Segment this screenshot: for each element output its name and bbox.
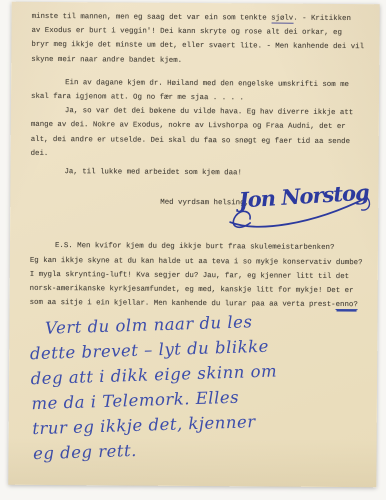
handwritten-note: Vert du olm naar du les dette brevet – l… bbox=[29, 306, 364, 466]
line-text: . - Kritikken bbox=[293, 15, 351, 23]
handwritten-signature: Jon Norstog bbox=[224, 175, 377, 236]
underlined-word: sjølv bbox=[271, 15, 293, 24]
typed-line: skyne meir naar andre bandet kjem. bbox=[31, 52, 369, 69]
letter-page: minste til mannen, men eg saag det var e… bbox=[8, 2, 379, 488]
typed-letter-body: minste til mannen, men eg saag det var e… bbox=[30, 10, 370, 313]
line-text: minste til mannen, men eg saag det var e… bbox=[32, 13, 272, 23]
typed-line: alt, dei andre er utselde. Dei skal du f… bbox=[31, 132, 369, 149]
typed-line: dei. bbox=[31, 147, 369, 164]
postscript: E.S. Men kvifor kjem du deg ikkje burt f… bbox=[30, 239, 368, 312]
